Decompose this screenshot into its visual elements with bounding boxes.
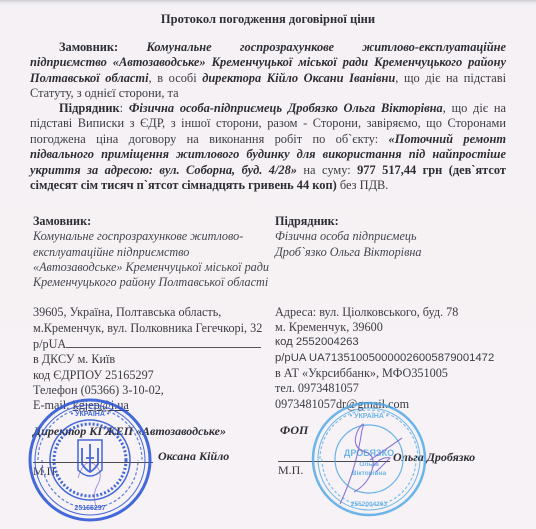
customer-org-line: експлуатаційне підприємство [33,245,278,260]
contractor-code: код 2552004263 [275,335,525,350]
svg-text:Ольга: Ольга [359,461,379,468]
customer-signatory-name: Оксана Кійло [158,449,229,464]
customer-org-line: «Автозаводське» Кременчуцької міської ра… [33,260,278,275]
contractor-text-3: без ПДВ. [337,178,389,192]
customer-details: Замовник: Комунальне госпрозрахункове жи… [33,214,278,414]
customer-edrpou: код ЄДРПОУ 25165297 [33,368,278,383]
customer-email-link[interactable]: kgjep@i.ua [73,398,129,412]
contractor-paragraph: Підрядник: Фізична особа-підприємець Дро… [30,101,506,193]
svg-text:• УКРАЇНА •: • УКРАЇНА • [350,412,389,420]
contractor-account: р/рUA UA713510050000026005879001472 [275,351,525,366]
customer-director: директора Кійло Оксани Іванівни [202,71,395,85]
document-title: Протокол погодження договірної ціни [0,12,536,27]
customer-org-line: Кременчуцького району Полтавської област… [33,275,278,290]
customer-phone: Телефон (05366) 3-10-02, [33,383,278,398]
customer-text-1: , в особі [149,71,203,85]
customer-email-label: E-mail: [33,398,73,412]
document-page: Протокол погодження договірної ціни Замо… [0,0,536,529]
account-blank-line [66,336,261,348]
customer-signature-line [33,462,153,463]
contractor-address-line: Адреса: вул. Ціолковського, буд. 78 [275,305,525,320]
svg-text:ДРОБЯЗКО: ДРОБЯЗКО [344,448,394,458]
contractor-email: 0973481057dr@gmail.com [275,397,525,412]
contractor-signatory-name: Ольга Дробязко [393,450,475,465]
svg-text:Вікторівна: Вікторівна [352,469,387,477]
contractor-details: Підрядник: Фізична особа підприємець Дро… [275,214,525,412]
svg-text:25165297: 25165297 [74,505,105,512]
customer-email: E-mail: kgjep@i.ua [33,398,278,413]
contractor-bank: в АТ «Укрсиббанк», МФО351005 [275,366,525,381]
contractor-signatory-title: ФОП [280,423,308,438]
customer-heading: Замовник: [33,214,278,229]
customer-account: р/рUA [33,336,278,352]
customer-address-line: м.Кременчук, вул. Полковника Гегечкорі, … [33,321,278,336]
customer-signatory-title: Директор КГЖЕП «Автозаводське» [33,424,226,439]
customer-account-label: р/рUA [33,337,66,351]
contractor-colon: : [120,101,129,115]
contractor-org-line: Дроб`язко Ольга Вікторівна [275,245,525,260]
svg-text:2552004263: 2552004263 [351,501,388,508]
contractor-text-2: на суму: [297,163,357,177]
contractor-heading: Підрядник: [275,214,525,229]
contractor-label: Підрядник [59,101,120,115]
customer-seal-label: М.П. [33,464,58,479]
contractor-signature-line [278,461,390,462]
contractor-org-line: Фізична особа підприємець [275,229,525,244]
customer-label: Замовник: [59,40,118,54]
customer-address-line: 39605, Україна, Полтавська область, [33,305,278,320]
contractor-address-line: м. Кременчук, 39600 [275,320,525,335]
customer-stamp-icon: • УКРАЇНА • 25165297 [28,398,152,522]
customer-org-line: Комунальне госпрозрахункове житлово- [33,229,278,244]
contractor-name: Фізична особа-підприємець Дробязко Ольга… [129,101,443,115]
contractor-phone: тел. 0973481057 [275,381,525,396]
customer-paragraph: Замовник: Комунальне госпрозрахункове жи… [30,40,506,102]
customer-bank: в ДКСУ м. Київ [33,352,278,367]
contractor-seal-label: М.П. [278,463,303,478]
